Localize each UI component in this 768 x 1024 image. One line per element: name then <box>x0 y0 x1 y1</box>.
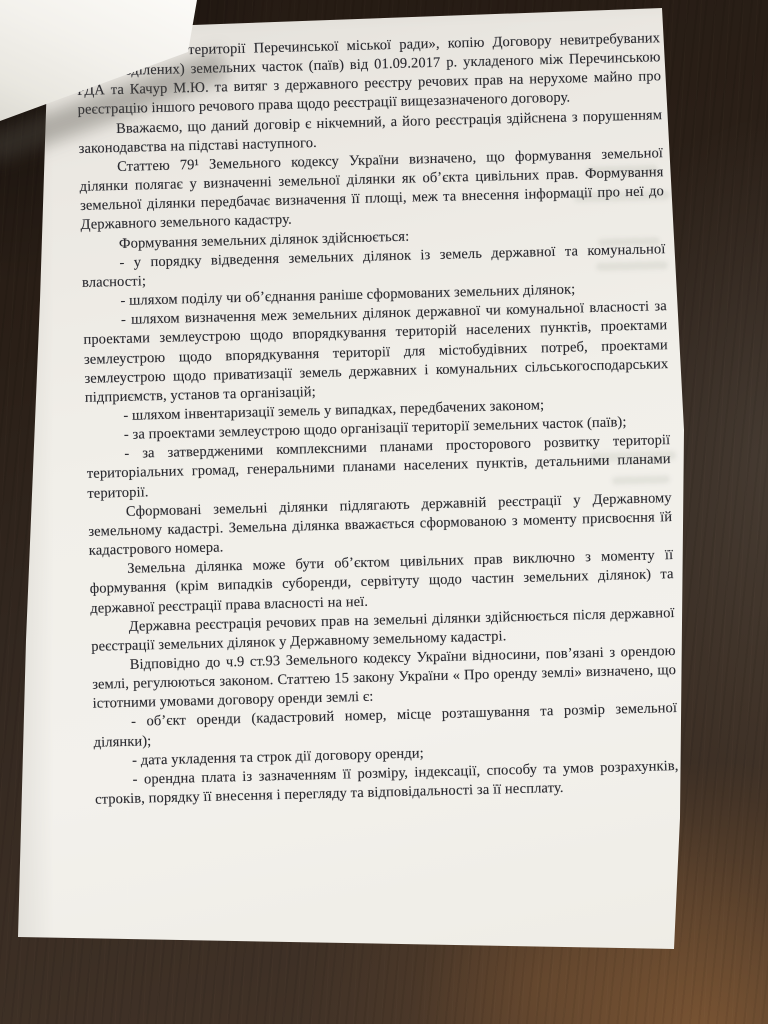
document-paragraph: Статтею 79¹ Земельного кодексу України в… <box>79 144 665 235</box>
document-text-block: у на території Перечинської міської ради… <box>76 29 679 810</box>
photo-of-document: у на території Перечинської міської ради… <box>0 0 768 1024</box>
document-page: у на території Перечинської міської ради… <box>0 0 768 1024</box>
document-bullet: - шляхом визначення меж земельних діляно… <box>83 297 669 408</box>
